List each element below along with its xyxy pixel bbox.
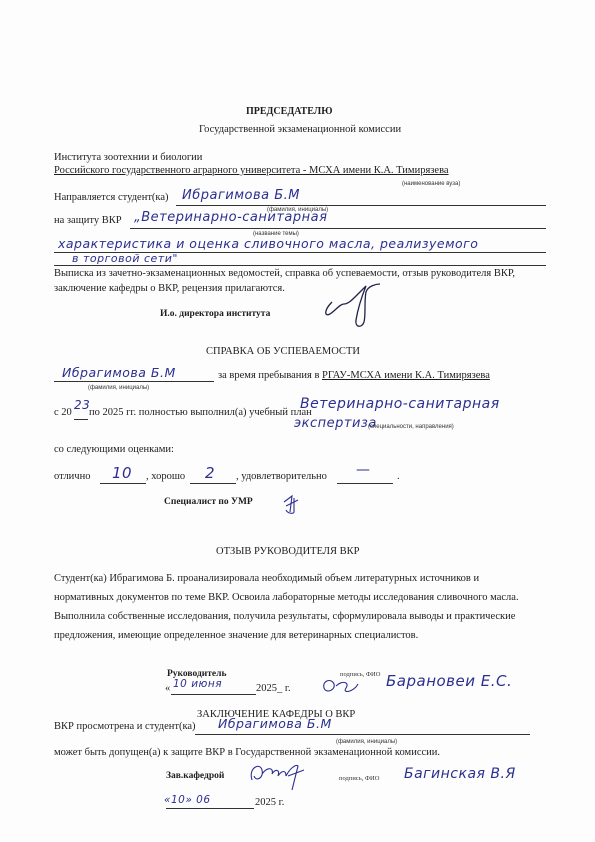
- head-date-handwritten[interactable]: «10» 06: [164, 794, 211, 806]
- excellent-value[interactable]: 10: [112, 464, 132, 482]
- supervisor-name-handwritten[interactable]: Барановеи Е.С.: [386, 672, 512, 690]
- review-line-4: предложения, имеющие определенное значен…: [54, 630, 418, 641]
- vkr-label: на защиту ВКР: [54, 215, 122, 226]
- cert-student-handwritten[interactable]: Ибрагимова Б.М: [62, 365, 176, 380]
- attachments-text-1: Выписка из зачетно-экзаменационных ведом…: [54, 268, 515, 279]
- institute-line1: Института зоотехнии и биологии: [54, 152, 202, 163]
- student-label: Направляется студент(ка): [54, 192, 169, 203]
- university-caption: (наименование вуза): [402, 181, 460, 187]
- addressee-subtitle: Государственной экзаменационной комиссии: [199, 124, 401, 135]
- student-field-line: [176, 205, 546, 206]
- head-signature-icon: [248, 760, 308, 794]
- supervisor-date-open: «: [165, 683, 170, 694]
- addressee-title: ПРЕДСЕДАТЕЛЮ: [246, 106, 332, 117]
- grades-end-dot: .: [397, 471, 400, 482]
- plan-caption: (специальности, направления): [368, 424, 454, 430]
- plan-handwritten-line2[interactable]: экспертиза: [294, 416, 377, 431]
- supervisor-date-line: [171, 694, 256, 695]
- satisfactory-label: , удовлетворительно: [236, 471, 327, 482]
- director-label: И.о. директора института: [160, 309, 270, 319]
- review-line-2: нормативных документов по теме ВКР. Осво…: [54, 592, 519, 603]
- satisfactory-line: [337, 483, 393, 484]
- director-signature-icon: [322, 282, 382, 332]
- specialist-label: Специалист по УМР: [164, 497, 253, 507]
- head-name-handwritten[interactable]: Багинская В.Я: [404, 766, 516, 782]
- year-start-handwritten[interactable]: 23: [74, 398, 90, 412]
- conclusion-student-handwritten[interactable]: Ибрагимова Б.М: [218, 716, 332, 731]
- year-start-line: [74, 419, 88, 420]
- supervisor-signature-icon: [320, 674, 360, 696]
- admit-text: может быть допущен(а) к защите ВКР в Гос…: [54, 747, 440, 758]
- supervisor-date-handwritten[interactable]: 10 июня: [173, 678, 222, 690]
- conclusion-student-caption: (фамилия, инициалы): [336, 739, 397, 745]
- vkr-topic-line2[interactable]: характеристика и оценка сливочного масла…: [58, 236, 478, 251]
- certificate-title: СПРАВКА ОБ УСПЕВАЕМОСТИ: [206, 346, 360, 357]
- cert-student-caption: (фамилия, инициалы): [88, 385, 149, 391]
- years-prefix: с 20: [54, 407, 72, 418]
- institute-line2: Российского государственного аграрного у…: [54, 165, 449, 176]
- grades-label: со следующими оценками:: [54, 444, 174, 455]
- good-label: , хорошо: [146, 471, 185, 482]
- good-value[interactable]: 2: [205, 464, 215, 482]
- excellent-label: отлично: [54, 471, 90, 482]
- reviewed-label: ВКР просмотрена и студент(ка): [54, 721, 196, 732]
- vkr-field-line-1: [130, 228, 546, 229]
- specialist-signature-icon: [282, 492, 300, 516]
- stay-text: за время пребывания в: [218, 370, 319, 381]
- review-line-1: Студент(ка) Ибрагимова Б. проанализирова…: [54, 573, 479, 584]
- cert-student-line: [54, 381, 214, 382]
- head-sign-caption: подпись, ФИО: [339, 775, 379, 782]
- review-title: ОТЗЫВ РУКОВОДИТЕЛЯ ВКР: [216, 546, 359, 557]
- vkr-field-line-3: [54, 265, 546, 266]
- review-line-3: Выполнила собственные исследования, полу…: [54, 611, 515, 622]
- head-date-line: [166, 808, 254, 809]
- conclusion-student-line: [195, 734, 530, 735]
- supervisor-date-year: 2025_ г.: [256, 683, 291, 694]
- student-handwritten[interactable]: Ибрагимова Б.М: [182, 188, 300, 203]
- vkr-topic-line3[interactable]: в торговой сети": [72, 252, 178, 265]
- plan-handwritten-line1[interactable]: Ветеринарно-санитарная: [300, 396, 500, 412]
- excellent-line: [100, 483, 146, 484]
- good-line: [190, 483, 236, 484]
- satisfactory-value[interactable]: —: [356, 462, 371, 478]
- attachments-text-2: заключение кафедры о ВКР, рецензия прила…: [54, 283, 285, 294]
- vkr-topic-line1[interactable]: „Ветеринарно-санитарная: [134, 210, 327, 225]
- university-short: РГАУ-МСХА имени К.А. Тимирязева: [322, 370, 490, 381]
- head-label: Зав.кафедрой: [166, 771, 224, 781]
- head-date-year: 2025 г.: [255, 797, 284, 808]
- years-suffix: по 2025 гг. полностью выполнил(а) учебны…: [89, 407, 312, 418]
